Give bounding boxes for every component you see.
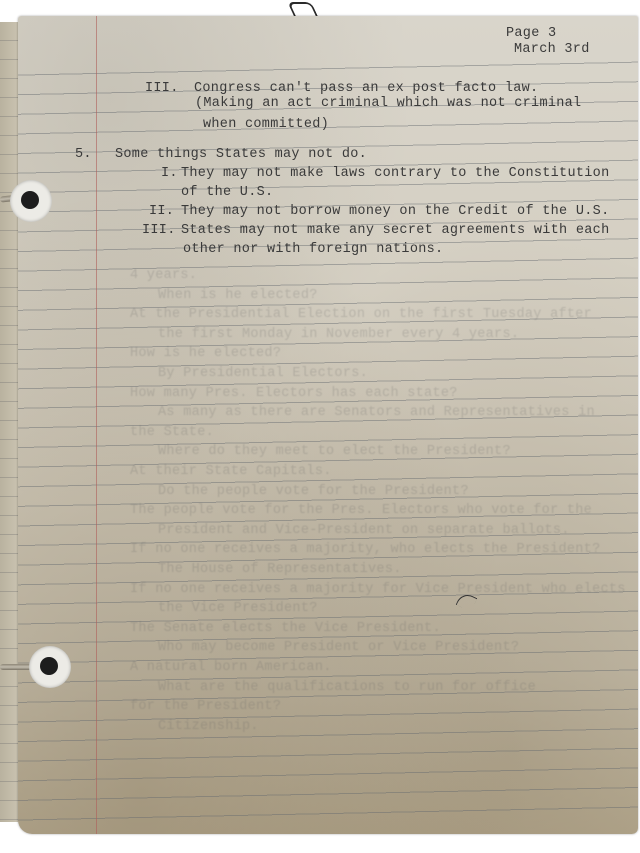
bleed-through-line: The people vote for the Pres. Electors w… [130, 503, 592, 518]
item-line: of the U.S. [181, 185, 273, 201]
bleed-through-line: When is he elected? [158, 288, 318, 303]
binder-hole [29, 646, 71, 688]
bleed-through-line: If no one receives a majority for Vice P… [130, 582, 626, 597]
item-line: (Making an act criminal which was not cr… [195, 96, 581, 112]
item-numeral: III. [145, 81, 179, 97]
item-numeral: II. [149, 204, 174, 220]
bleed-through-line: At their State Capitals. [130, 464, 332, 479]
item-line: They may not make laws contrary to the C… [181, 166, 609, 182]
item-numeral: I. [161, 166, 178, 182]
item-line: when committed) [203, 117, 329, 133]
page-number: Page 3 [506, 26, 556, 42]
bleed-through-line: 4 years. [130, 268, 197, 283]
bleed-through-line: the Vice President? [158, 601, 318, 616]
binder-hole [10, 180, 52, 222]
item-line: States may not make any secret agreement… [181, 223, 609, 239]
page-date: March 3rd [514, 42, 590, 58]
margin-line [96, 16, 97, 834]
bleed-through-line: A natural born American. [130, 660, 332, 675]
notebook-page: 4 years.When is he elected?At the Presid… [18, 16, 638, 834]
bleed-through-line: How many Pres. Electors has each state? [130, 386, 458, 401]
section-number: 5. [75, 147, 92, 163]
bleed-through-line: If no one receives a majority, who elect… [130, 542, 600, 557]
bleed-through-line: Where do they meet to elect the Presiden… [158, 444, 511, 459]
bleed-through-line: The Senate elects the Vice President. [130, 621, 441, 636]
section-title: Some things States may not do. [115, 147, 367, 163]
bleed-through-line: the first Monday in November every 4 yea… [158, 327, 519, 342]
item-line: They may not borrow money on the Credit … [181, 204, 609, 220]
bleed-through-line: Citizenship. [158, 719, 259, 734]
item-line: other nor with foreign nations. [183, 242, 443, 258]
bleed-through-line: the State. [130, 425, 214, 440]
item-line: Congress can't pass an ex post facto law… [194, 81, 538, 97]
bleed-through-line: Do the people vote for the President? [158, 484, 469, 499]
bleed-through-line: What are the qualifications to run for o… [158, 680, 536, 695]
bleed-through-line: How is he elected? [130, 346, 281, 361]
bleed-through-line: By Presidential Electors. [158, 366, 368, 381]
bleed-through-line: Who may become President or Vice Preside… [158, 640, 519, 655]
bleed-through-line: The House of Representatives. [158, 562, 402, 577]
bleed-through-line: for the President? [130, 699, 281, 714]
item-numeral: III. [142, 223, 176, 239]
bleed-through-line: At the Presidential Election on the firs… [130, 307, 592, 322]
bleed-through-line: President and Vice-President on separate… [158, 523, 570, 538]
bleed-through-line: As many as there are Senators and Repres… [158, 405, 595, 420]
